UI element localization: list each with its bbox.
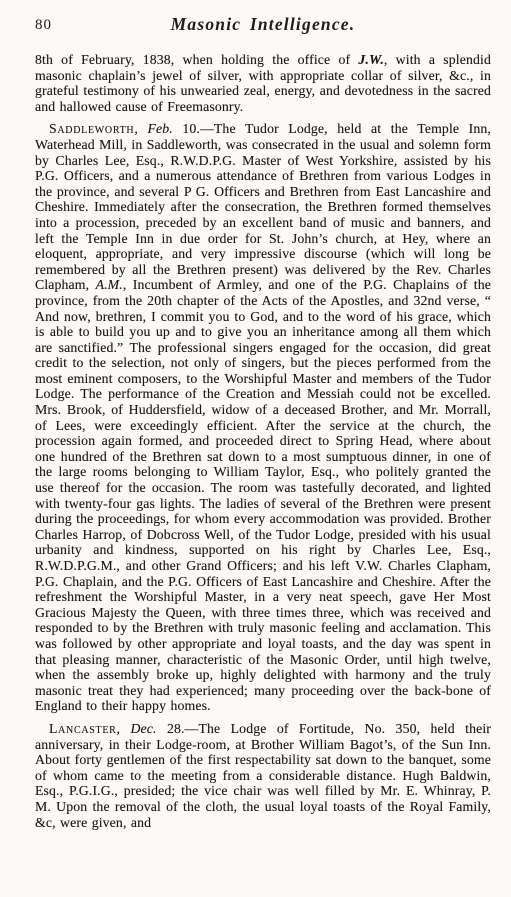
page-header: 80 Masonic Intelligence. <box>35 14 491 40</box>
text-run-bolditalic: J.W. <box>358 52 384 67</box>
scanned-page: 80 Masonic Intelligence. 8th of February… <box>35 14 491 830</box>
running-title: Masonic Intelligence. <box>35 14 491 35</box>
text-run: 10.—The Tudor Lodge, held at the Temple … <box>35 121 491 292</box>
text-run: , Incumbent of Armley, and one of the P.… <box>35 277 491 713</box>
text-run-italic: A.M. <box>96 277 123 292</box>
page-number: 80 <box>35 17 52 34</box>
text-run: , <box>117 721 131 736</box>
text-run-italic: Dec. <box>130 721 156 736</box>
paragraph-saddleworth: Saddleworth, Feb. 10.—The Tudor Lodge, h… <box>35 121 491 714</box>
text-run: 8th of February, 1838, when holding the … <box>35 52 358 67</box>
text-run: , <box>134 121 147 136</box>
text-run-smallcaps: Lancaster <box>49 721 117 736</box>
text-run: 28.—The Lodge of Fortitude, No. 350, hel… <box>35 721 491 830</box>
page-body: 8th of February, 1838, when holding the … <box>35 52 491 830</box>
text-run-smallcaps: Saddleworth <box>49 121 134 136</box>
paragraph-lancaster: Lancaster, Dec. 28.—The Lodge of Fortitu… <box>35 721 491 830</box>
text-run-italic: Feb. <box>147 121 172 136</box>
paragraph-continuation: 8th of February, 1838, when holding the … <box>35 52 491 114</box>
